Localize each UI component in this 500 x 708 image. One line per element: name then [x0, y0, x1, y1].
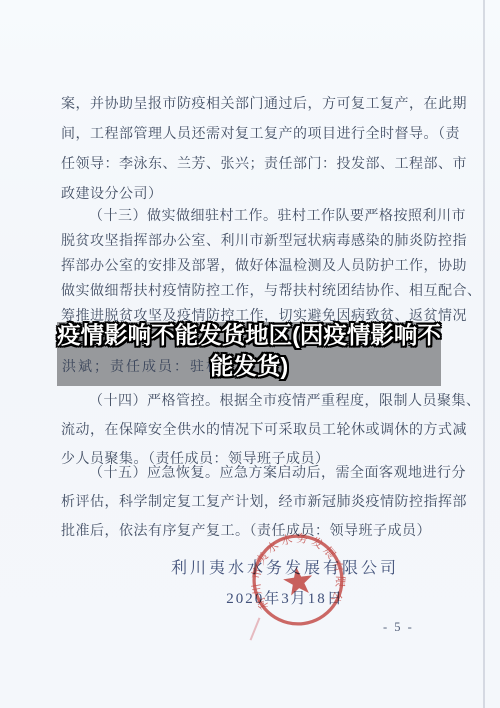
- text-line: 间，工程部管理人员还需对复工复产的项目进行全时督导。（责: [61, 120, 440, 150]
- paragraph-15: （十五）应急恢复。应急方案启动后，需全面客观地进行分 析评估，科学制定复工复产计…: [61, 459, 440, 546]
- document-page: 案，并协助呈报市防疫相关部门通过后，方可复工复产，在此期 间，工程部管理人员还需…: [0, 0, 500, 708]
- text-line: （十五）应急恢复。应急方案启动后，需全面客观地进行分: [61, 459, 440, 488]
- text-line: 脱贫攻坚指挥部办公室、利川市新型冠状病毒感染的肺炎防控指: [61, 229, 440, 254]
- text-line: 挥部办公室的安排及部署，做好体温检测及人员防护工作，协助: [61, 254, 440, 279]
- text-line: 做实做细帮扶村疫情防控工作，与帮扶村统团结协作、相互配合、: [61, 279, 440, 304]
- scan-edge-line: [483, 0, 485, 708]
- text-line: 案，并协助呈报市防疫相关部门通过后，方可复工复产，在此期: [61, 90, 440, 120]
- text-line: 析评估，科学制定复工复产计划，经市新冠肺炎疫情防控指挥部: [61, 488, 440, 517]
- text-line: 流动，在保障安全供水的情况下可采取员工轮休或调休的方式减: [61, 416, 440, 445]
- page-number: - 5 -: [383, 620, 414, 635]
- overlay-headline: 疫情影响不能发货地区(因疫情影响不能发货): [57, 320, 441, 382]
- star-icon: [282, 565, 315, 596]
- text-line: （十三）做实做细驻村工作。驻村工作队要严格按照利川市: [61, 204, 440, 229]
- text-line: 任领导：李泳东、兰芳、张兴；责任部门：投发部、工程部、市: [61, 150, 440, 180]
- company-seal-stamp: 利川市夷水水务发展有限公司: [243, 525, 354, 636]
- paragraph-continuation: 案，并协助呈报市防疫相关部门通过后，方可复工复产，在此期 间，工程部管理人员还需…: [61, 90, 440, 210]
- paragraph-13: （十三）做实做细驻村工作。驻村工作队要严格按照利川市 脱贫攻坚指挥部办公室、利川…: [61, 204, 440, 329]
- text-line: （十四）严格管控。根据全市疫情严重程度，限制人员聚集、: [61, 387, 440, 416]
